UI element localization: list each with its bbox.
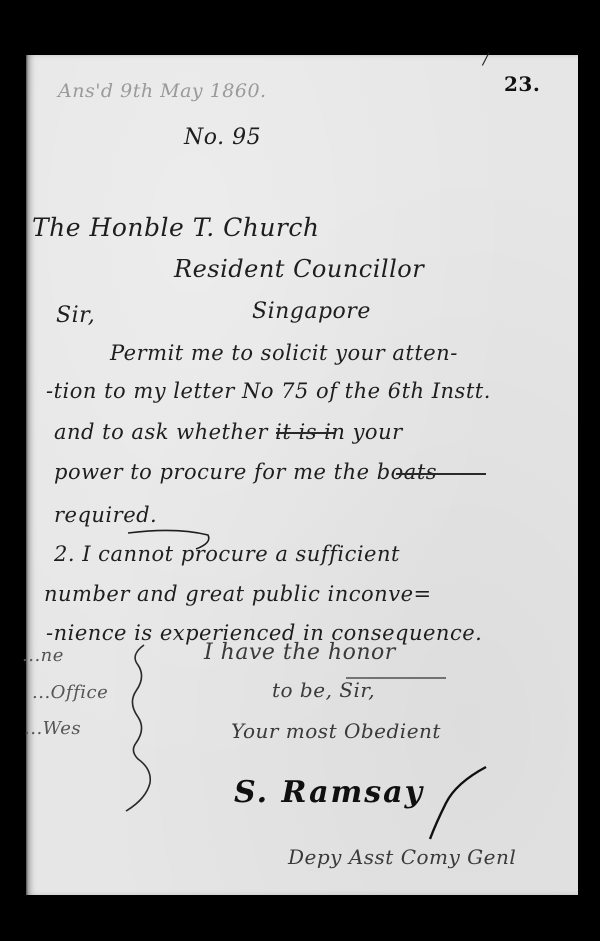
page-edge-shadow — [26, 55, 28, 895]
body-line: 2. I cannot procure a sufficient — [54, 542, 400, 566]
receipt-note: Ans'd 9th May 1860. — [58, 80, 267, 102]
margin-note: ...Wes — [24, 718, 81, 739]
closing-line: Your most Obedient — [231, 719, 441, 743]
margin-note: ...ne — [22, 645, 64, 666]
tick-mark: / — [483, 49, 489, 68]
strike-mark — [276, 432, 336, 434]
margin-note: ...Office — [32, 682, 108, 703]
letter-page: Ans'd 9th May 1860. / 23. No. 95 The Hon… — [26, 55, 578, 895]
underline-flourish-icon — [126, 523, 216, 553]
addressee-name: The Honble T. Church — [32, 213, 320, 242]
body-line: number and great public inconve= — [44, 582, 432, 606]
body-line: -tion to my letter No 75 of the 6th Inst… — [46, 379, 491, 403]
margin-brace-icon — [122, 643, 162, 813]
strike-mark — [396, 473, 486, 475]
letter-number: No. 95 — [184, 125, 261, 150]
body-line: and to ask whether it is in your — [54, 420, 403, 444]
body-line: power to procure for me the boats — [54, 460, 437, 484]
salutation: Sir, — [56, 303, 95, 328]
closing-line: I have the honor — [204, 640, 396, 665]
addressee-location: Singapore — [252, 299, 371, 324]
closing-line: to be, Sir, — [272, 678, 375, 702]
signature: S. Ramsay — [234, 775, 424, 810]
addressee-title: Resident Councillor — [174, 255, 424, 283]
signature-flourish-icon — [416, 763, 496, 843]
body-line: Permit me to solicit your atten- — [110, 341, 458, 365]
page-number: 23. — [504, 72, 540, 96]
signature-title: Depy Asst Comy Genl — [288, 845, 516, 869]
